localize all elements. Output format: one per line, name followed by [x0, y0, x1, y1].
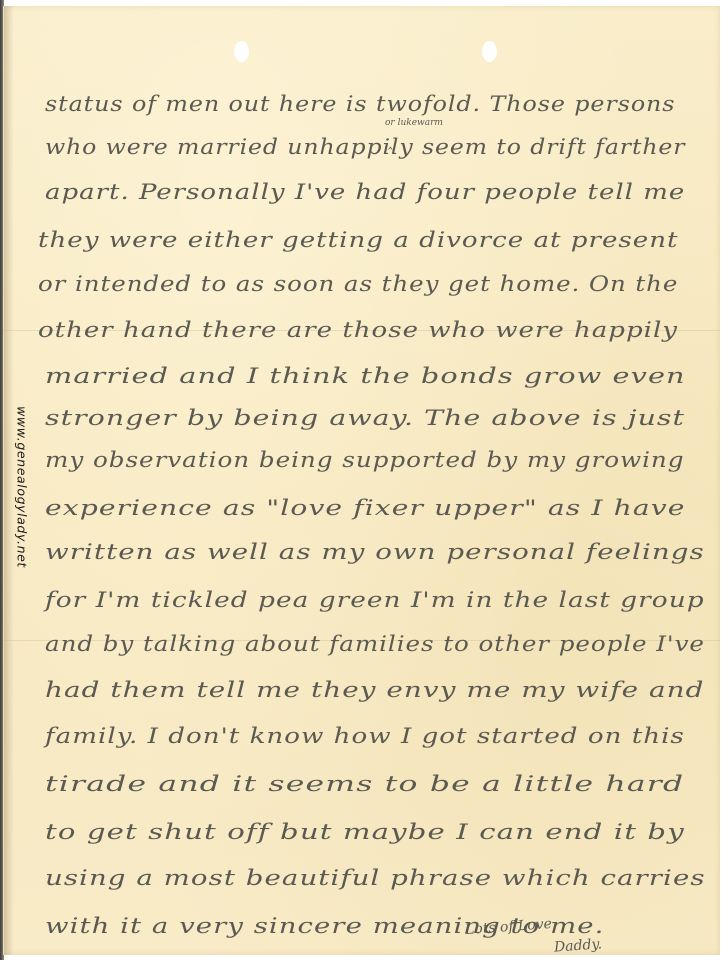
letter-line-18: using a most beautiful phrase which carr… [45, 866, 706, 890]
letter-line-2: who were married unhappily seem to drift… [45, 135, 685, 159]
letter-line-7: married and I think the bonds grow even [45, 364, 686, 388]
letter-line-16: tirade and it seems to be a little hard [45, 772, 684, 796]
letter-line-5: or intended to as soon as they get home.… [38, 272, 678, 296]
letter-line-12: for I'm tickled pea green I'm in the las… [45, 588, 705, 612]
letter-line-17: to get shut off but maybe I can end it b… [45, 820, 685, 844]
page-edge-shadow [4, 6, 14, 955]
letter-line-9: my observation being supported by my gro… [45, 448, 684, 472]
letter-line-4: they were either getting a divorce at pr… [38, 228, 679, 252]
letter-line-10: experience as "love fixer upper" as I ha… [45, 496, 685, 520]
letter-line-11: written as well as my own personal feeli… [45, 540, 705, 564]
letter-line-14: had them tell me they envy me my wife an… [45, 678, 705, 702]
letter-line-8: stronger by being away. The above is jus… [45, 406, 685, 430]
letter-line-3: apart. Personally I've had four people t… [45, 180, 685, 204]
letter-line-15: family. I don't know how I got started o… [45, 724, 685, 748]
punch-hole-right [482, 41, 497, 62]
punch-hole-left [234, 41, 249, 62]
letter-line-1: status of men out here is twofold. Those… [45, 92, 675, 116]
letter-line-13: and by talking about families to other p… [45, 632, 705, 656]
letter-line-6: other hand there are those who were happ… [38, 318, 678, 342]
interlinear-insert: or lukewarm [385, 118, 443, 128]
signature: Daddy. [554, 936, 603, 955]
website-watermark: www.genealogylady.net [15, 406, 30, 568]
